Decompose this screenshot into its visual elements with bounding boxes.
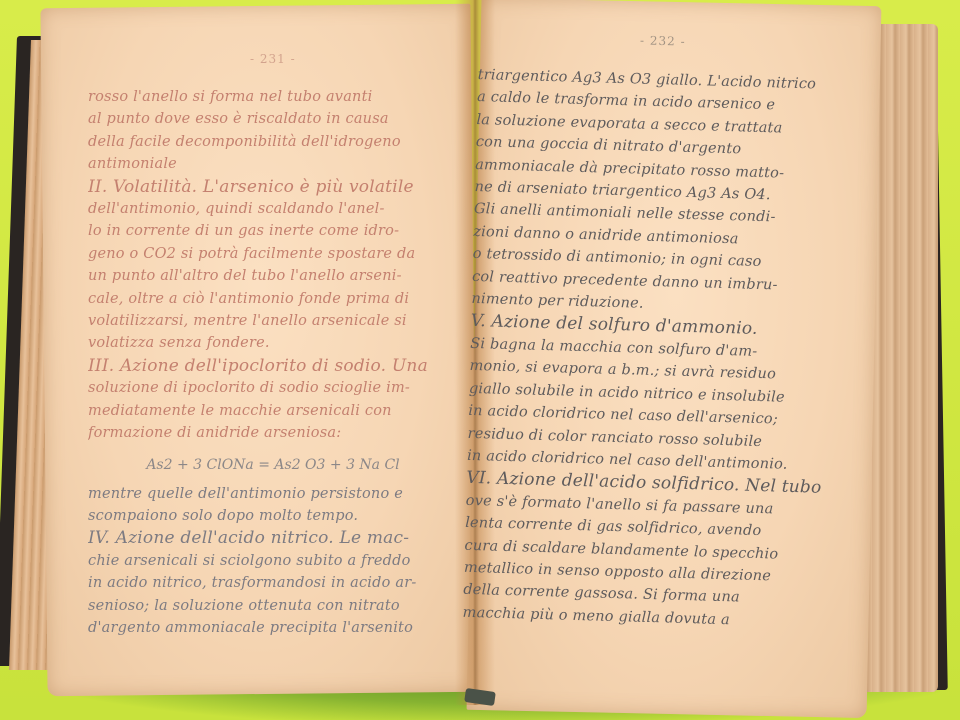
handwritten-line: mediatamente le macchie arsenicali con (88, 400, 458, 422)
handwritten-line: senioso; la soluzione ottenuta con nitra… (88, 595, 458, 617)
handwritten-line: lo in corrente di un gas inerte come idr… (88, 220, 458, 242)
handwritten-line: della facile decomponibilità dell'idroge… (88, 131, 458, 153)
handwritten-line: d'argento ammoniacale precipita l'arseni… (88, 617, 458, 639)
handwritten-line: volatizza senza fondere. (88, 332, 458, 354)
section-heading: III. Azione dell'ipoclorito di sodio. Un… (88, 355, 458, 377)
section-heading: II. Volatilità. L'arsenico è più volatil… (88, 176, 458, 198)
handwritten-line: cale, oltre a ciò l'antimonio fonde prim… (88, 288, 458, 310)
handwritten-line: mentre quelle dell'antimonio persistono … (88, 483, 458, 505)
handwritten-line: al punto dove esso è riscaldato in causa (88, 108, 458, 130)
handwritten-line: soluzione di ipoclorito di sodio sciogli… (88, 377, 458, 399)
handwritten-line: antimoniale (88, 153, 458, 175)
left-page-number: - 231 - (250, 52, 296, 66)
handwritten-line: geno o CO2 si potrà facilmente spostare … (88, 243, 458, 265)
left-page-text: rosso l'anello si forma nel tubo avanti … (88, 86, 458, 639)
handwritten-line: un punto all'altro del tubo l'anello ars… (88, 265, 458, 287)
handwritten-line: in acido nitrico, trasformandosi in acid… (88, 572, 458, 594)
right-page-number: - 232 - (640, 33, 686, 48)
handwritten-line: formazione di anidride arseniosa: (88, 422, 458, 444)
handwritten-line: chie arsenicali si sciolgono subito a fr… (88, 550, 458, 572)
chemical-equation: As2 + 3 ClONa = As2 O3 + 3 Na Cl (88, 457, 458, 473)
handwritten-line: volatilizzarsi, mentre l'anello arsenica… (88, 310, 458, 332)
handwritten-line: dell'antimonio, quindi scaldando l'anel- (88, 198, 458, 220)
section-heading: IV. Azione dell'acido nitrico. Le mac- (88, 527, 458, 549)
handwritten-line: rosso l'anello si forma nel tubo avanti (88, 86, 458, 108)
right-page-text: triargentico Ag3 As O3 giallo. L'acido n… (462, 64, 847, 634)
handwritten-line: scompaiono solo dopo molto tempo. (88, 505, 458, 527)
